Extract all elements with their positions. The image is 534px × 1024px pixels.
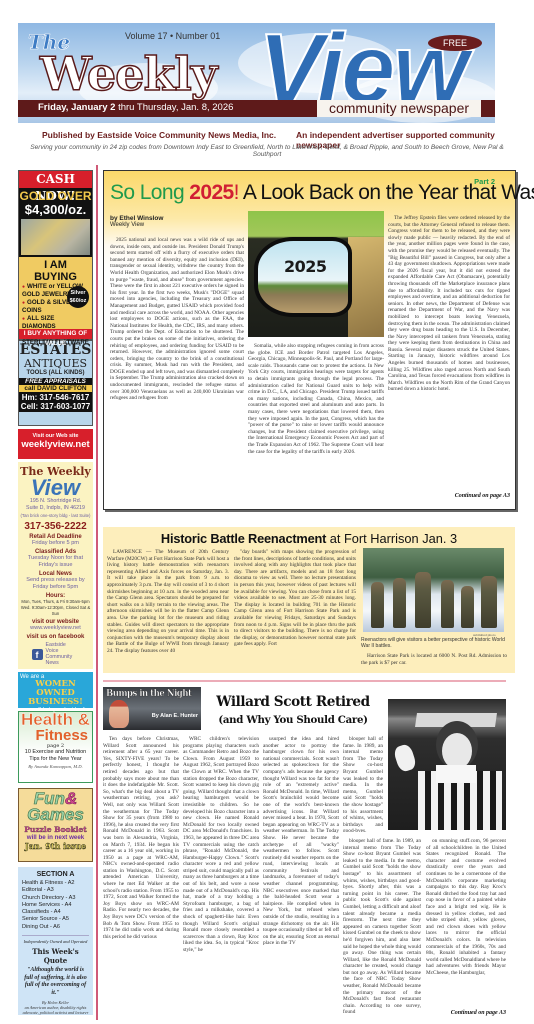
appraisals-line: FREE APPRAISALS xyxy=(19,378,92,385)
soldier-figure xyxy=(415,572,431,628)
health-teaser: 10 Exercise and Nutrition Tips for the N… xyxy=(19,749,92,762)
battle-headline-rest: at Fort Harrison Jan. 3 xyxy=(326,531,457,546)
ronald-mcdonald-photo xyxy=(388,699,506,830)
photo-caption: Reenactors will give visitors a better p… xyxy=(361,637,507,649)
road-graphic xyxy=(348,237,384,337)
facebook-heading: visit us on facebook xyxy=(20,634,91,640)
clown-face xyxy=(442,733,472,769)
willard-col3: usurped the idea and hired another actor… xyxy=(263,736,339,1020)
address-line: Suite D, Indpls, IN 46219 xyxy=(20,505,91,512)
section-item[interactable]: Health & Fitness - A2 xyxy=(22,880,89,887)
article-text: Harrison State Park is located at 6000 N… xyxy=(361,653,507,666)
retail-deadline-text: Friday before 5 pm xyxy=(20,540,91,547)
fitness-title: Fitness xyxy=(19,728,92,743)
women-owned-ad: We are a WOMEN OWNED BUSINESS! 3 Indepen… xyxy=(18,672,93,708)
publisher-line: Published by Eastside Voice Community Ne… xyxy=(42,130,276,140)
article-text: Ten days before Christmas, Willard Scott… xyxy=(103,736,179,1020)
columnist-photo xyxy=(109,700,129,728)
quote-heading: This Week's Quote xyxy=(22,947,89,965)
soldier-figure xyxy=(371,582,384,628)
fun-games-promo[interactable]: Fun& Games Puzzle Booklet will be in nex… xyxy=(18,788,93,862)
article-text: Somalia, while also stopping refugees co… xyxy=(248,343,384,505)
facebook-page-name: Eastside Voice Community News xyxy=(46,642,80,666)
sidebar: CASH NOW! GOLD OVER $4,300/oz. I AM BUYI… xyxy=(18,170,93,1015)
willard-col5: on stunning stuff.com, 96 percent of all… xyxy=(426,838,506,1017)
puzzle-booklet: Puzzle Booklet xyxy=(19,825,92,834)
willard-col1: Ten days before Christmas, Willard Scott… xyxy=(103,736,179,1020)
section-item[interactable]: Home Services - A4 xyxy=(22,902,89,909)
section-index: SECTION A Health & Fitness - A2 Editoria… xyxy=(18,867,93,1015)
battle-reenactment-article: Historic Battle Reenactment at Fort Harr… xyxy=(103,527,515,673)
soldier-figure xyxy=(441,580,454,628)
willard-col4-top: blooper hall of fame. In 1989, an intern… xyxy=(343,736,383,832)
main-article-col3: The Jeffrey Epstein files were ordered r… xyxy=(388,215,510,500)
column-name: Bumps in the Night xyxy=(106,688,191,699)
section-divider xyxy=(103,680,506,682)
tools-line: TOOLS (ALL KINDS) xyxy=(19,370,92,376)
section-item[interactable]: Dining Out - A6 xyxy=(22,924,89,931)
facebook-icon: f xyxy=(32,649,43,660)
buying-heading: I AM BUYING xyxy=(22,259,89,283)
byline: by Ethel Winslow Weekly View xyxy=(110,215,163,228)
tagline: community newspaper xyxy=(317,100,481,117)
quote-text: "Although the world is full of suffering… xyxy=(22,967,89,997)
soldier-figure xyxy=(481,576,497,628)
section-item[interactable]: Editorial - A3 xyxy=(22,887,89,894)
classified-text: Tuesday Noon for that Friday's issue xyxy=(20,555,91,569)
health-title: Health & xyxy=(19,712,92,728)
date-bar: Friday, January 2 thru Thursday, Jan. 8,… xyxy=(18,100,495,117)
article-text: blooper hall of fame. In 1989, an intern… xyxy=(343,736,383,832)
clown-collar xyxy=(436,765,476,783)
photo-shelf xyxy=(415,713,497,727)
battle-col3: Harrison State Park is located at 6000 N… xyxy=(361,653,507,666)
mirror-glass: 2025 xyxy=(254,237,352,317)
gold-price: GOLD OVER $4,300/oz. xyxy=(19,188,92,216)
soldier-figure xyxy=(461,586,474,628)
headline-year: 2025 xyxy=(189,181,233,204)
clown-waving-hand xyxy=(392,743,417,773)
bumps-in-the-night-column-logo: Bumps in the Night By Alan E. Hunter xyxy=(103,687,201,730)
willard-headline-sub: (and Why You Should Care) xyxy=(213,714,373,726)
buy-anything-banner: I BUY ANYTHING OF VALUE xyxy=(19,329,92,339)
continued-link[interactable]: Continued on page A3 xyxy=(388,493,510,500)
address-line: 195 N. Shortridge Rd. xyxy=(20,498,91,505)
volume-number: Volume 17 • Number 01 xyxy=(125,31,220,41)
issue-date-range: thru Thursday, Jan. 8, 2026 xyxy=(115,102,233,113)
battle-col2: "day boards" with maps showing the progr… xyxy=(234,549,356,669)
antiques-heading: ANTIQUES xyxy=(19,358,92,370)
main-headline[interactable]: So Long 2025! A Look Back on the Year th… xyxy=(110,181,534,205)
willard-col2: WRC children's television programs playi… xyxy=(183,736,259,1020)
info-logo-view: View xyxy=(20,478,91,498)
website-ad-label: Visit our Web site xyxy=(18,429,93,439)
mirror-year-text: 2025 xyxy=(284,257,327,276)
website-ad[interactable]: Visit our Web site weeklyview.net xyxy=(18,429,93,459)
website-ad-url[interactable]: weeklyview.net xyxy=(18,439,93,450)
office-phone: 317-356-2222 xyxy=(20,521,91,532)
headline-so-long: So Long xyxy=(110,181,189,204)
home-phone: Hm: 317-546-7617 xyxy=(19,393,92,402)
gold-jewelry-photo xyxy=(21,219,90,255)
section-item[interactable]: Classifieds - A4 xyxy=(22,909,89,916)
issue-date-note: Jan. 9th issue xyxy=(19,841,92,851)
column-divider xyxy=(96,165,98,1020)
hours-text: Wed. 9:30am-12:30pm, Closed Sat & Sun xyxy=(20,605,91,617)
issue-date-bold: Friday, January 2 xyxy=(38,102,115,113)
willard-col4: blooper hall of fame. In 1989, an intern… xyxy=(343,838,421,1020)
phone-numbers: Hm: 317-546-7617 Cell: 317-603-1077 xyxy=(19,392,92,412)
article-text: usurped the idea and hired another actor… xyxy=(263,736,339,1020)
main-article-col1: 2025 national and local news was a wild … xyxy=(110,237,244,505)
continued-link[interactable]: Continued on page A3 xyxy=(426,1010,506,1017)
cash-ad-header: CASH NOW! xyxy=(19,171,92,188)
next-week-note: will be in next week xyxy=(19,834,92,841)
article-text: 2025 national and local news was a wild … xyxy=(110,237,244,505)
column-author: By Alan E. Hunter xyxy=(152,713,198,719)
battle-headline-bold: Historic Battle Reenactment xyxy=(161,531,326,546)
health-byline: By Ananda Kannappan, M.D. xyxy=(19,764,92,769)
soldier-figure xyxy=(393,578,406,628)
author-name: by Ethel Winslow xyxy=(110,215,163,222)
contact-name: call DAVID CLIFTON xyxy=(19,385,92,392)
website-link[interactable]: www.weeklyview.net xyxy=(20,625,91,632)
rearview-mirror-photo: 2025 xyxy=(248,211,384,337)
article-text: The Jeffrey Epstein files were ordered r… xyxy=(388,215,510,489)
quote-author-desc: an American author, disability rights ad… xyxy=(22,1005,89,1015)
issue-date: Friday, January 2 thru Thursday, Jan. 8,… xyxy=(38,102,233,113)
health-fitness-promo[interactable]: Health & Fitness page 2 10 Exercise and … xyxy=(18,711,93,783)
contact-info-box: The Weekly View 195 N. Shortridge Rd. Su… xyxy=(18,462,93,669)
reenactors-photo xyxy=(363,548,504,632)
section-item[interactable]: Church Directory - A3 xyxy=(22,895,89,902)
gold-price-value: $4,300/oz. xyxy=(19,203,92,216)
article-text: LAWRENCE — The Museum of 20th Century Wa… xyxy=(107,549,229,669)
main-article-year-review: Part 2 So Long 2025! A Look Back on the … xyxy=(103,170,516,510)
facebook-link[interactable]: f Eastside Voice Community News xyxy=(20,642,91,666)
willard-headline[interactable]: Willard Scott Retired (and Why You Shoul… xyxy=(213,694,373,726)
article-text: on stunning stuff.com, 96 percent of all… xyxy=(426,838,506,1010)
battle-col1: LAWRENCE — The Museum of 20th Century Wa… xyxy=(107,549,229,669)
cash-gold-ad[interactable]: CASH NOW! GOLD OVER $4,300/oz. I AM BUYI… xyxy=(18,170,93,340)
section-item[interactable]: Senior Source - A5 xyxy=(22,916,89,923)
silver-price-badge: Silver $60/oz xyxy=(67,286,89,308)
free-badge: FREE xyxy=(428,35,482,51)
logo-weekly: Weekly xyxy=(40,47,217,101)
section-title: SECTION A xyxy=(22,871,89,878)
author-publication: Weekly View xyxy=(110,222,144,228)
battle-headline[interactable]: Historic Battle Reenactment at Fort Harr… xyxy=(103,531,515,546)
article-text: WRC children's television programs playi… xyxy=(183,736,259,1020)
main-article-col2: Somalia, while also stopping refugees co… xyxy=(248,343,384,505)
estates-ad[interactable]: ESTATES ANTIQUES TOOLS (ALL KINDS) FREE … xyxy=(18,340,93,426)
games-word: Games xyxy=(19,807,92,823)
article-text: blooper hall of fame. In 1989, an intern… xyxy=(343,838,421,1020)
article-text: "day boards" with maps showing the progr… xyxy=(234,549,356,669)
willard-headline-main: Willard Scott Retired xyxy=(213,694,373,710)
cell-phone: Cell: 317-603-1077 xyxy=(19,402,92,411)
serving-area: Serving your community in 24 zip codes f… xyxy=(18,144,516,158)
address-note: (Tan brick one-story bldg - last Suite) xyxy=(20,512,91,519)
local-news-text: Send press releases by Friday before 5pm xyxy=(20,577,91,591)
headline-rest: A Look Back on the Year that Was xyxy=(239,181,534,204)
buying-list: I AM BUYING WHITE or YELLOW GOLD JEWELRY… xyxy=(19,257,92,339)
ownership-note: Independently Owned and Operated xyxy=(22,935,89,944)
women-ad-heading: WOMEN OWNED BUSINESS! xyxy=(20,680,91,707)
